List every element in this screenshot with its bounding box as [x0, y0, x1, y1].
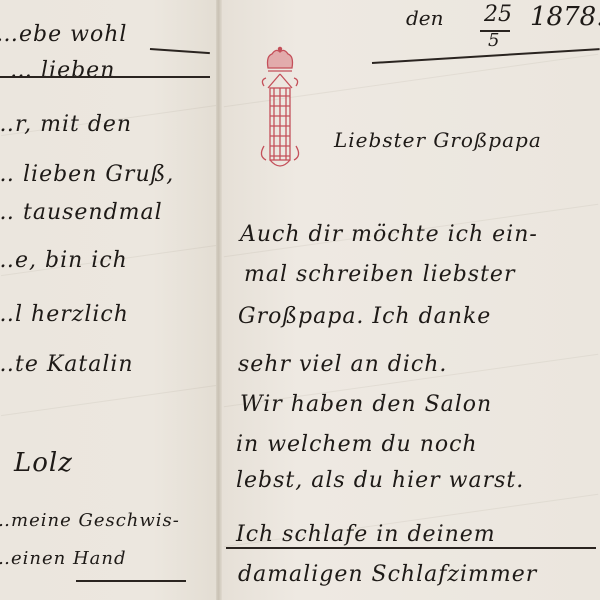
left-line-10: …meine Geschwis-: [0, 510, 180, 531]
ink-bleed: [1, 385, 217, 416]
left-line-6: …e, bin ich: [0, 248, 128, 273]
left-line-11: …einen Hand: [0, 548, 127, 569]
underline: [76, 580, 186, 582]
body-line-8: Ich schlafe in deinem: [236, 522, 496, 547]
flourish-underline: [0, 76, 210, 78]
left-signature: Lolz: [14, 448, 73, 478]
date-year: 1878.: [530, 2, 600, 32]
flourish-underline: [150, 48, 210, 54]
left-page: …ebe wohl … lieben …r, mit den … lieben …: [0, 0, 218, 600]
date-month: 5: [488, 30, 499, 51]
salutation: Liebster Großpapa: [334, 128, 542, 152]
body-line-3: Großpapa. Ich danke: [238, 304, 491, 329]
body-line-9: damaligen Schlafzimmer: [238, 562, 537, 587]
body-line-6: in welchem du noch: [236, 432, 478, 457]
left-line-5: … tausendmal: [0, 200, 163, 225]
body-line-1: Auch dir möchte ich ein-: [240, 222, 538, 247]
left-line-1: …ebe wohl: [0, 22, 127, 47]
date-day: 25: [484, 2, 512, 27]
left-line-8: …te Katalin: [0, 352, 134, 377]
left-line-3: …r, mit den: [0, 112, 132, 137]
body-line-2: mal schreiben liebster: [244, 262, 515, 287]
body-line-7: lebst, als du hier warst.: [236, 468, 524, 493]
date-prefix: den: [406, 6, 444, 30]
left-line-4: … lieben Gruß,: [0, 162, 174, 187]
crown-monogram-icon: [258, 46, 302, 174]
left-line-2: … lieben: [10, 58, 115, 83]
body-line-5: Wir haben den Salon: [240, 392, 492, 417]
left-line-7: …l herzlich: [0, 302, 129, 327]
body-line-4: sehr viel an dich.: [238, 352, 447, 377]
underline: [226, 547, 596, 549]
